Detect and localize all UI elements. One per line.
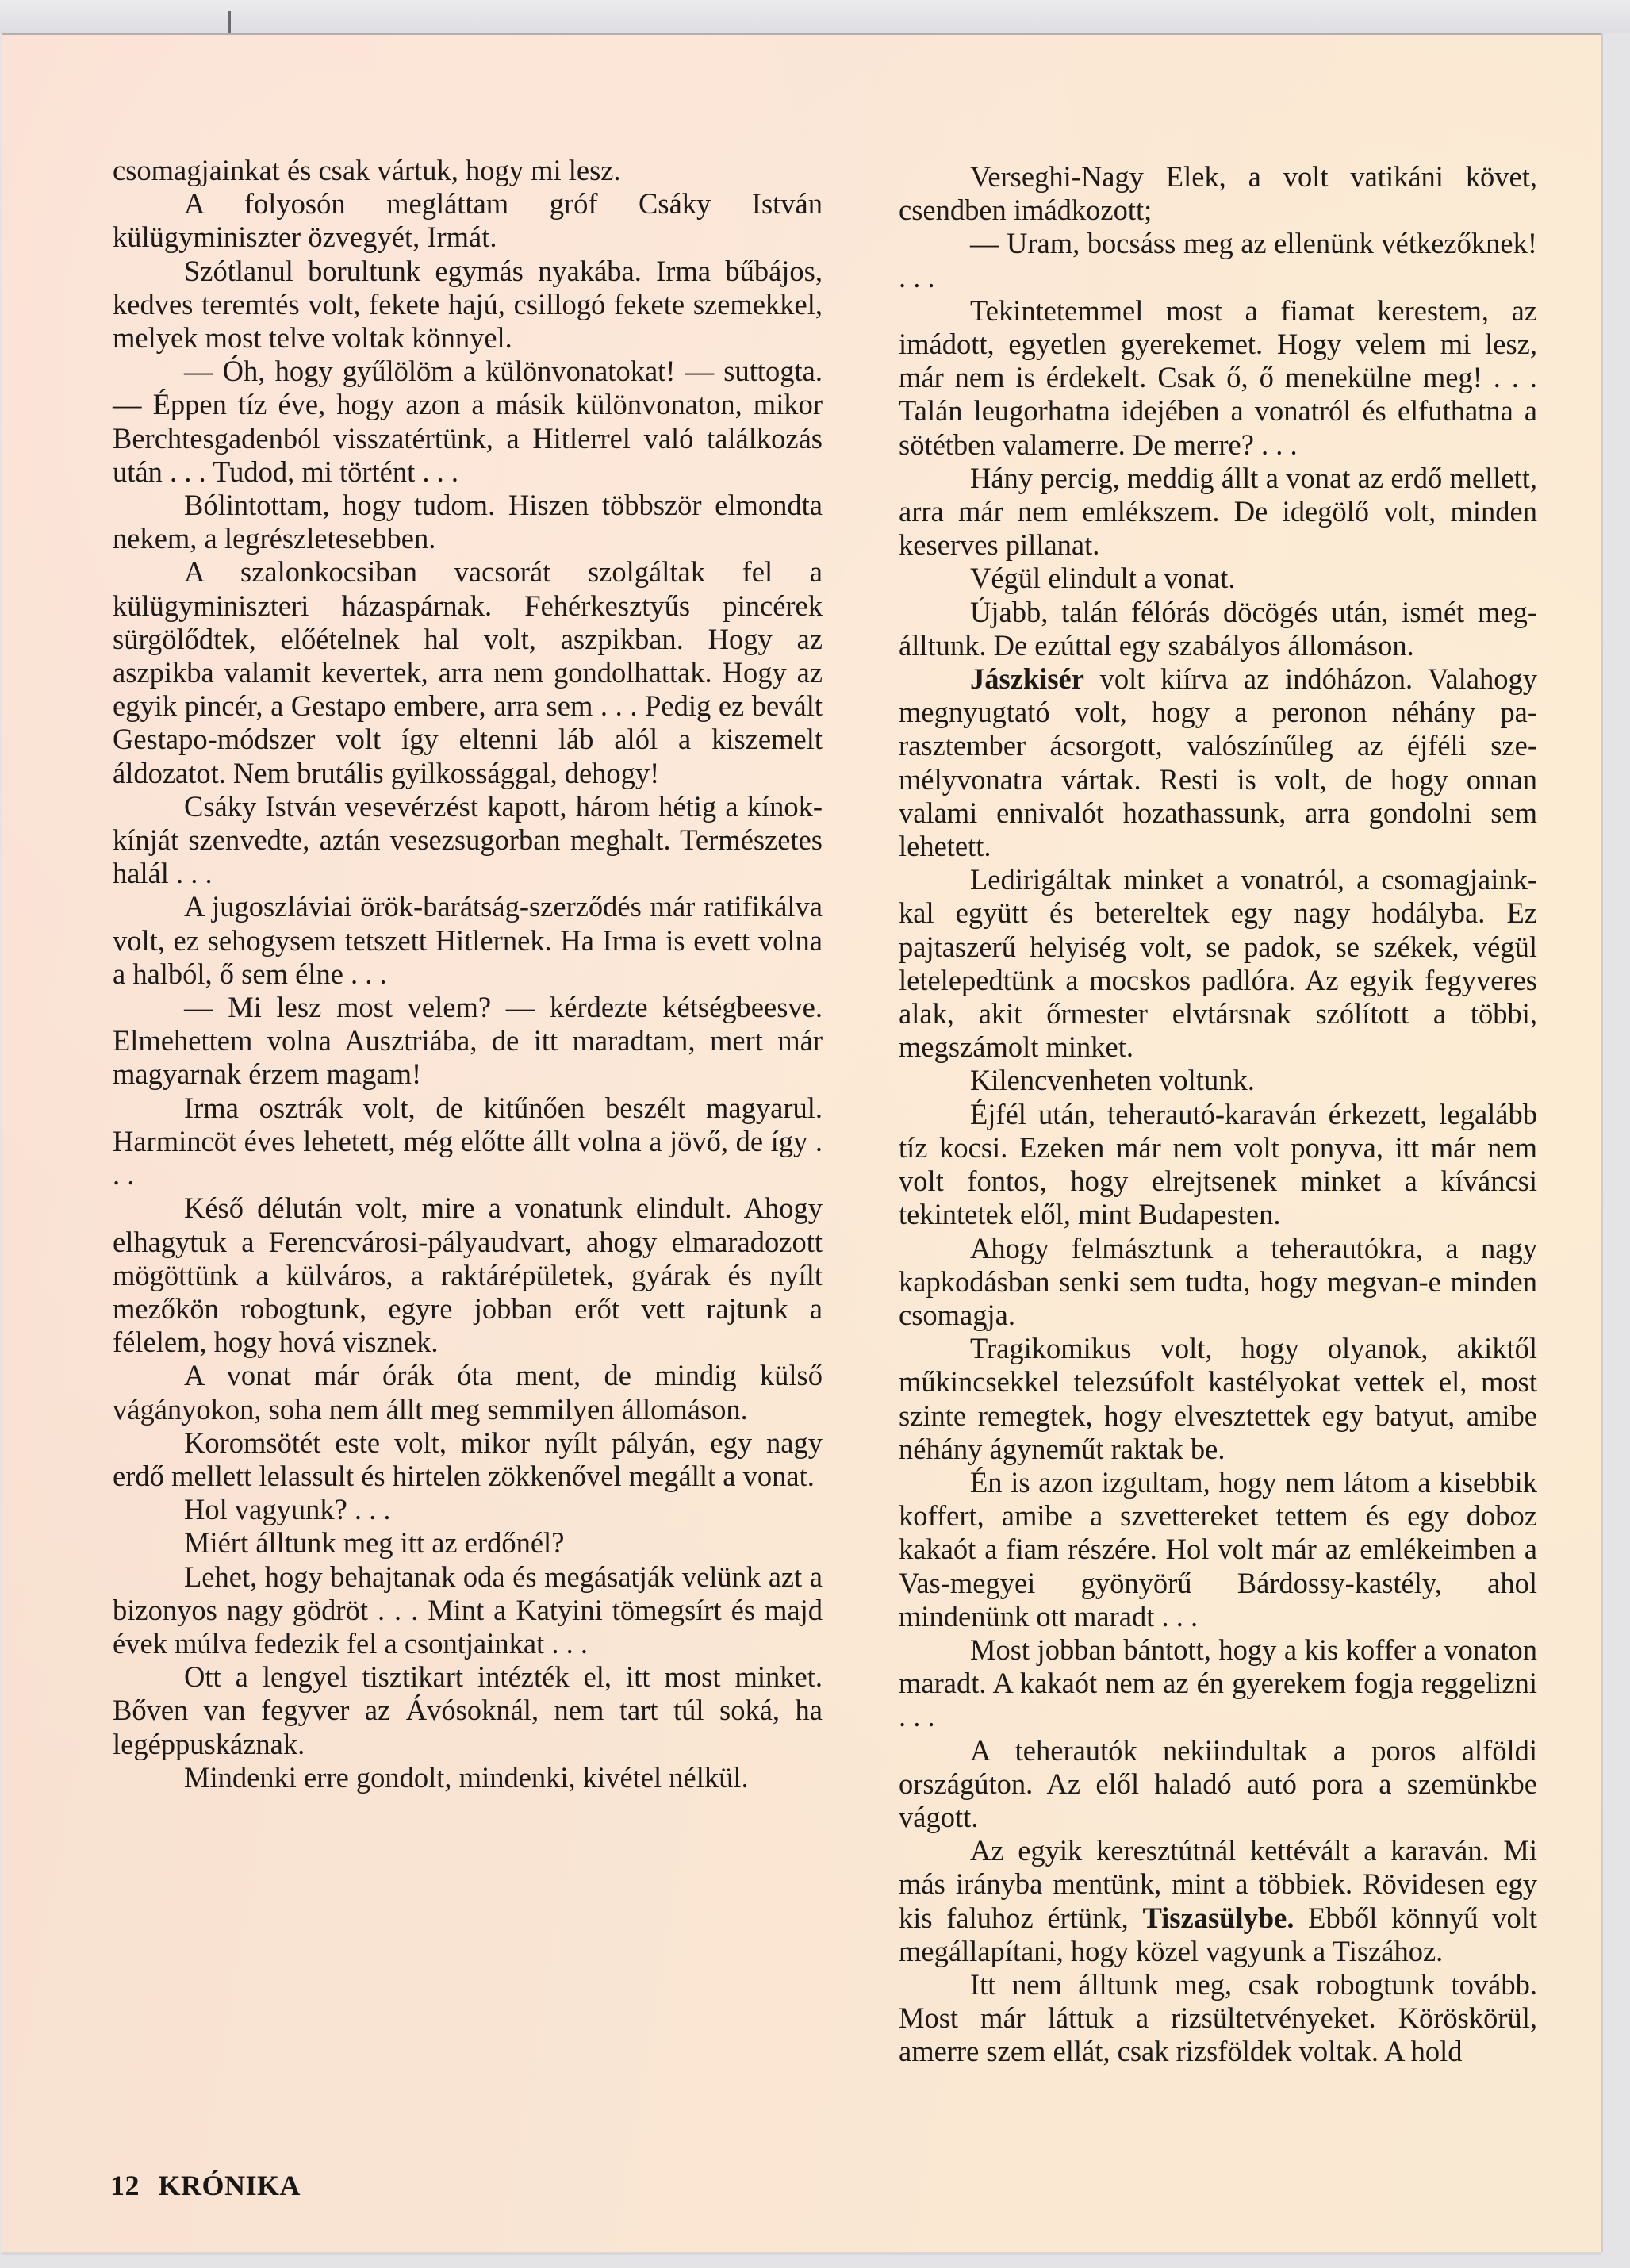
paragraph: Miért álltunk meg itt az erdőnél? bbox=[113, 1526, 823, 1560]
binding-mark bbox=[228, 11, 231, 33]
paragraph: csomagjainkat és csak vártuk, hogy mi le… bbox=[113, 154, 823, 187]
paragraph: Tragikomikus volt, hogy olyanok, akiktől… bbox=[899, 1332, 1537, 1466]
paragraph: Jászkisér volt kiírva az indóházon. Vala… bbox=[899, 662, 1537, 863]
paragraph: Bólintottam, hogy tudom. Hiszen többször… bbox=[113, 489, 823, 555]
paragraph: Mindenki erre gondolt, mindenki, kivétel… bbox=[113, 1761, 823, 1794]
paragraph: A jugoszláviai örök-barátság-szerződés m… bbox=[113, 890, 823, 991]
paragraph: — Óh, hogy gyűlölöm a különvonatokat! — … bbox=[113, 355, 823, 489]
place-name: Tiszasülybe. bbox=[1142, 1902, 1294, 1934]
paragraph: Éjfél után, teherautó-karaván érkezett, … bbox=[899, 1098, 1537, 1232]
scanner-bed-top bbox=[0, 0, 1630, 33]
paragraph: A teherautók nekiindultak a poros alföld… bbox=[899, 1734, 1537, 1835]
paragraph: A vonat már órák óta ment, de mindig kül… bbox=[113, 1359, 823, 1426]
paragraph: Az egyik keresztútnál kettévált a karavá… bbox=[899, 1834, 1537, 1968]
paragraph: Újabb, talán félórás döcögés után, ismét… bbox=[899, 596, 1537, 662]
paragraph: Kilencvenheten voltunk. bbox=[899, 1064, 1537, 1097]
paragraph: — Uram, bocsáss meg az ellenünk vét­kező… bbox=[899, 227, 1537, 294]
paragraph: Lehet, hogy behajtanak oda és megásatják… bbox=[113, 1560, 823, 1661]
paragraph: Késő délután volt, mire a vonatunk elind… bbox=[113, 1192, 823, 1359]
place-name: Jászkisér bbox=[970, 662, 1084, 695]
paragraph: Én is azon izgultam, hogy nem látom a ki… bbox=[899, 1466, 1537, 1633]
left-column: csomagjainkat és csak vártuk, hogy mi le… bbox=[113, 154, 823, 1794]
paragraph: Most jobban bántott, hogy a kis koffer a… bbox=[899, 1633, 1537, 1734]
magazine-page: csomagjainkat és csak vártuk, hogy mi le… bbox=[2, 33, 1601, 2252]
page-number: 12 bbox=[110, 2170, 140, 2201]
paragraph: Irma osztrák volt, de kitűnően beszélt m… bbox=[113, 1092, 823, 1192]
paragraph: Hol vagyunk? . . . bbox=[113, 1493, 823, 1526]
paragraph: Ledirigáltak minket a vonatról, a csomag… bbox=[899, 863, 1537, 1064]
page-footer: 12 KRÓNIKA bbox=[110, 2169, 301, 2202]
paragraph: Verseghi-Nagy Elek, a volt vatikáni köve… bbox=[899, 160, 1537, 227]
paragraph: Hány percig, meddig állt a vonat az erdő… bbox=[899, 462, 1537, 562]
paragraph: Szótlanul borultunk egymás nyakába. Irma… bbox=[113, 255, 823, 355]
paragraph: Végül elindult a vonat. bbox=[899, 562, 1537, 595]
paragraph: Itt nem álltunk meg, csak robogtunk tová… bbox=[899, 1968, 1537, 2069]
paragraph: A folyosón megláttam gróf Csáky István k… bbox=[113, 187, 823, 254]
paragraph: Tekintetemmel most a fiamat kerestem, az… bbox=[899, 294, 1537, 462]
paragraph: Csáky István vesevérzést kapott, három h… bbox=[113, 790, 823, 891]
paragraph: — Mi lesz most velem? — kérdezte két­ség… bbox=[113, 991, 823, 1092]
paragraph: Koromsötét este volt, mikor nyílt pályán… bbox=[113, 1426, 823, 1493]
paragraph: Ott a lengyel tisztikart intézték el, it… bbox=[113, 1660, 823, 1761]
publication-name: KRÓNIKA bbox=[159, 2170, 301, 2201]
paragraph: A szalonkocsiban vacsorát szolgáltak fel… bbox=[113, 555, 823, 789]
right-column: Verseghi-Nagy Elek, a volt vatikáni köve… bbox=[899, 160, 1537, 2069]
paragraph: Ahogy felmásztunk a teherautókra, a nagy… bbox=[899, 1232, 1537, 1333]
